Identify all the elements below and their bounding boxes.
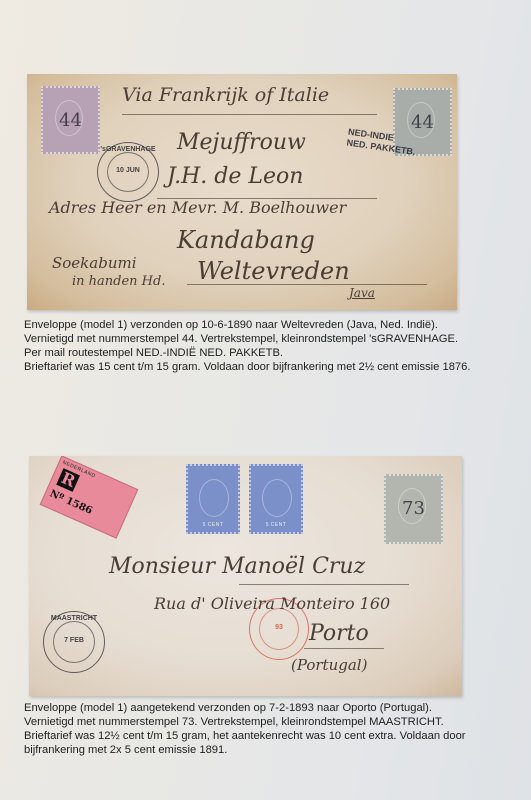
handwriting-line1: Monsieur Manoël Cruz	[109, 554, 365, 579]
cancel-number: 73	[386, 498, 441, 519]
caption-cover-1: Enveloppe (model 1) verzonden op 10-6-18…	[24, 318, 471, 374]
handwriting-route: Via Frankrijk of Italie	[122, 84, 329, 106]
envelope-1890-weltevreden: 44 44 'sGRAVENHAGE 10 JUN NED-INDIE NED.…	[27, 74, 457, 310]
envelope-1893-oporto: NEDERLAND R Nº 1586 5 CENT 5 CENT 73 MAA…	[29, 456, 462, 696]
handwriting-line3: Adres Heer en Mevr. M. Boelhouwer	[49, 198, 346, 217]
stamp-2-half-cent-lilac: 44	[41, 86, 100, 154]
handwriting-note1: Soekabumi	[52, 254, 137, 272]
handwriting-line1: Mejuffrouw	[177, 130, 306, 155]
stamp-portrait	[199, 479, 229, 517]
handwriting-line4: Kandabang	[177, 226, 315, 254]
handwriting-note2: in handen Hd.	[72, 274, 165, 289]
cancel-number: 44	[395, 112, 450, 133]
handwriting-line2: Rua d' Oliveira Monteiro 160	[154, 594, 390, 613]
postmark-sgravenhage: 'sGRAVENHAGE 10 JUN	[97, 142, 159, 202]
stamp-5-cent-blue-1: 5 CENT	[186, 464, 240, 534]
stamp-indicium-grey: 73	[384, 474, 443, 544]
postmark-maastricht: MAASTRICHT 7 FEB	[43, 611, 105, 673]
stamp-portrait	[262, 479, 292, 517]
registration-label: NEDERLAND R Nº 1586	[40, 456, 139, 539]
handwriting-line3: Porto	[309, 621, 369, 646]
caption-cover-2: Enveloppe (model 1) aangetekend verzonde…	[24, 701, 466, 757]
handwriting-line5: Weltevreden	[197, 257, 350, 285]
handwriting-line2: J.H. de Leon	[167, 164, 303, 189]
handwriting-line6: Java	[349, 286, 375, 300]
cancel-number: 44	[43, 110, 98, 131]
handwriting-line4: (Portugal)	[291, 656, 367, 674]
stamp-5-cent-blue-2: 5 CENT	[249, 464, 303, 534]
